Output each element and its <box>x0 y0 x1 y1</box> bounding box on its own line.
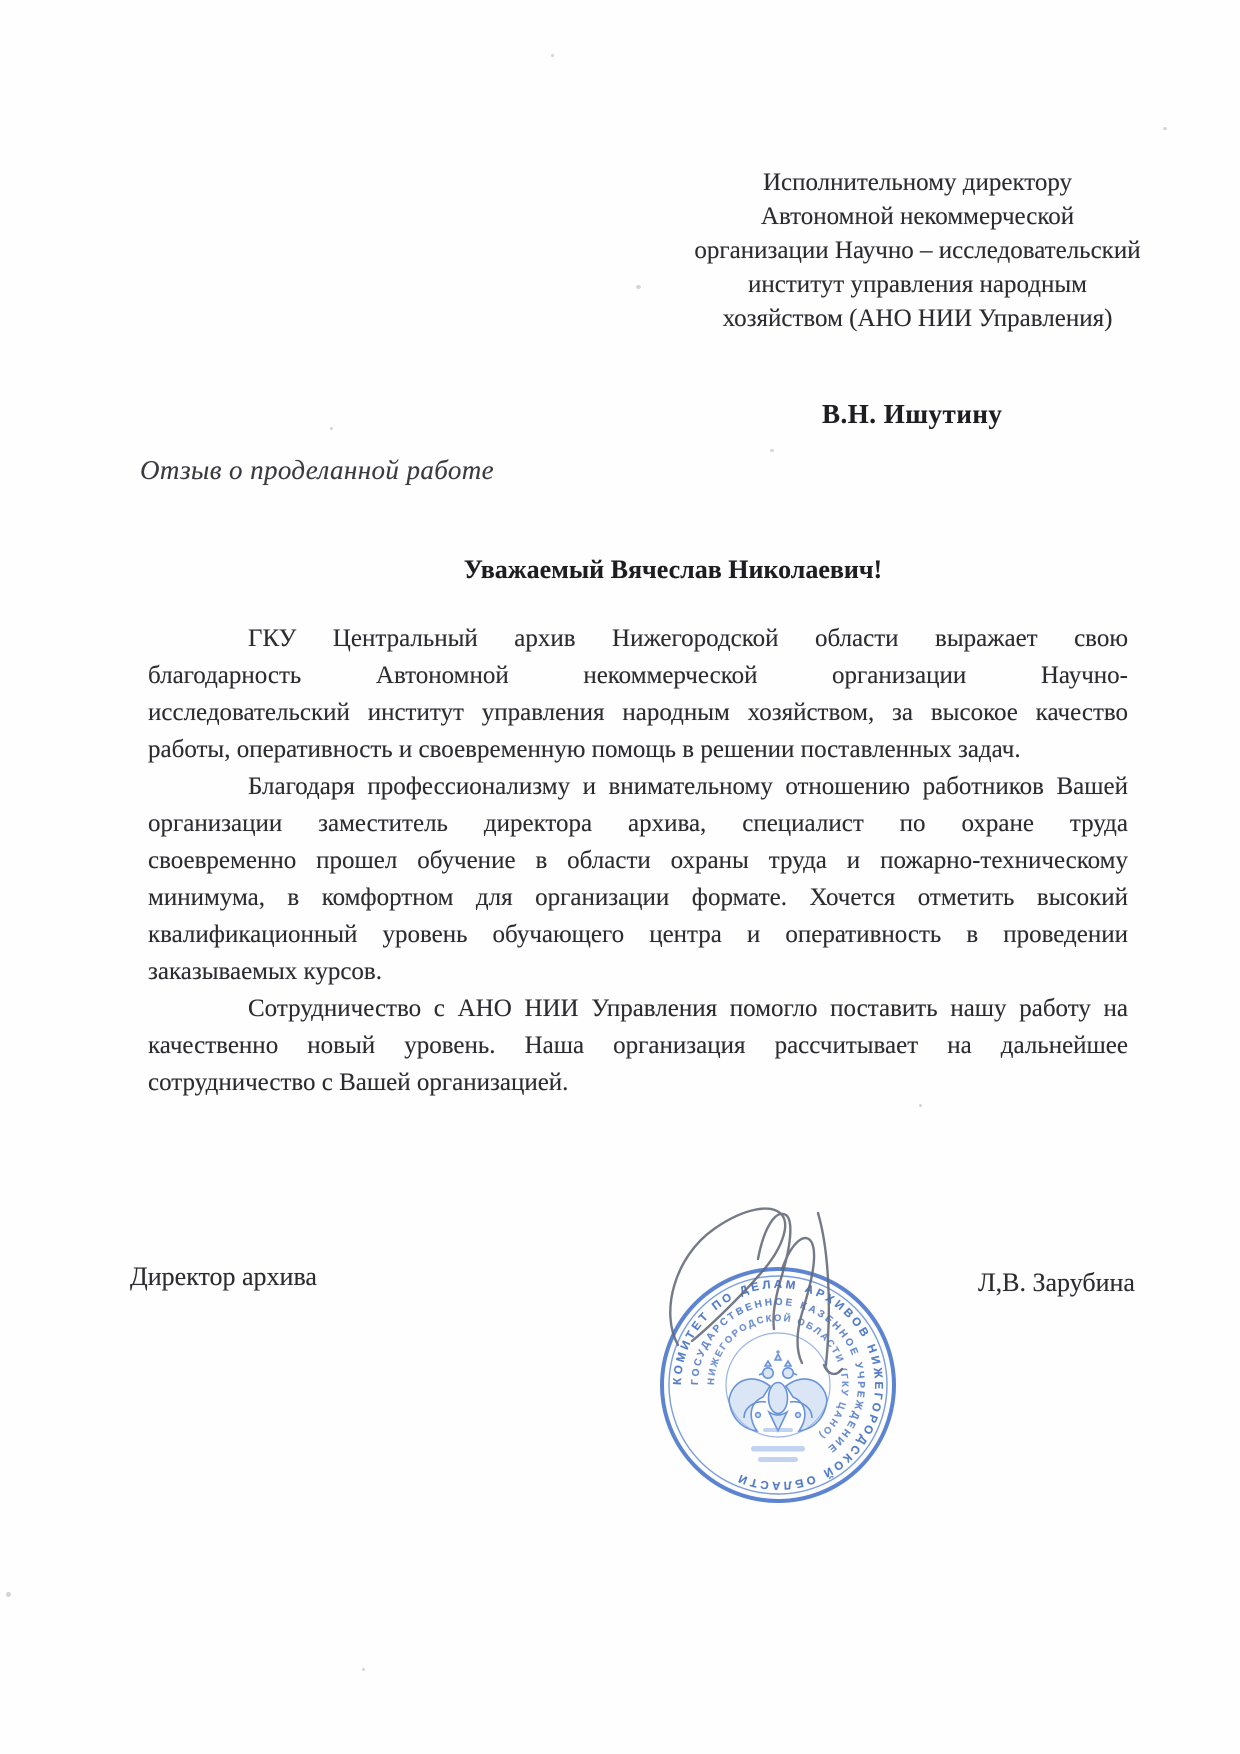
addressee-name: В.Н. Ишутину <box>822 399 1002 430</box>
body-line: Сотрудничество с АНО НИИ Управления помо… <box>148 990 1128 1027</box>
scan-speck <box>636 285 641 289</box>
signer-name: Л,В. Зарубина <box>978 1268 1135 1298</box>
body-line: ГКУ Центральный архив Нижегородской обла… <box>148 620 1128 657</box>
recipient-line: Автономной некоммерческой <box>640 200 1195 234</box>
body-line: организации заместитель директора архива… <box>148 805 1128 842</box>
body-line: минимума, в комфортном для организации ф… <box>148 879 1128 916</box>
scan-speck <box>6 1592 11 1597</box>
scan-speck <box>551 54 554 57</box>
signer-position-title: Директор архива <box>130 1262 317 1292</box>
recipient-address-block: Исполнительному директору Автономной нек… <box>640 166 1195 336</box>
scan-speck <box>362 1668 365 1671</box>
letter-body: ГКУ Центральный архив Нижегородской обла… <box>148 620 1128 1101</box>
scan-speck <box>770 449 774 452</box>
body-line: исследовательский институт управления на… <box>148 694 1128 731</box>
subject-line: Отзыв о проделанной работе <box>140 455 494 486</box>
body-line: работы, оперативность и своевременную по… <box>148 731 1128 768</box>
body-line: своевременно прошел обучение в области о… <box>148 842 1128 879</box>
recipient-line: Исполнительному директору <box>640 166 1195 200</box>
body-line: квалификационный уровень обучающего цент… <box>148 916 1128 953</box>
scan-speck <box>1163 127 1167 130</box>
scan-speck <box>919 1104 922 1107</box>
body-line: Благодаря профессионализму и внимательно… <box>148 768 1128 805</box>
scanned-letter-page: Исполнительному директору Автономной нек… <box>0 0 1240 1754</box>
scan-speck <box>330 427 333 430</box>
body-line: сотрудничество с Вашей организацией. <box>148 1064 1128 1101</box>
recipient-line: организации Научно – исследовательский <box>640 234 1195 268</box>
body-line: заказываемых курсов. <box>148 953 1128 990</box>
body-line: благодарность Автономной некоммерческой … <box>148 657 1128 694</box>
handwritten-signature <box>640 1193 900 1393</box>
salutation: Уважаемый Вячеслав Николаевич! <box>148 555 1128 585</box>
recipient-line: институт управления народным <box>640 268 1195 302</box>
recipient-line: хозяйством (АНО НИИ Управления) <box>640 302 1195 336</box>
body-line: качественно новый уровень. Наша организа… <box>148 1027 1128 1064</box>
